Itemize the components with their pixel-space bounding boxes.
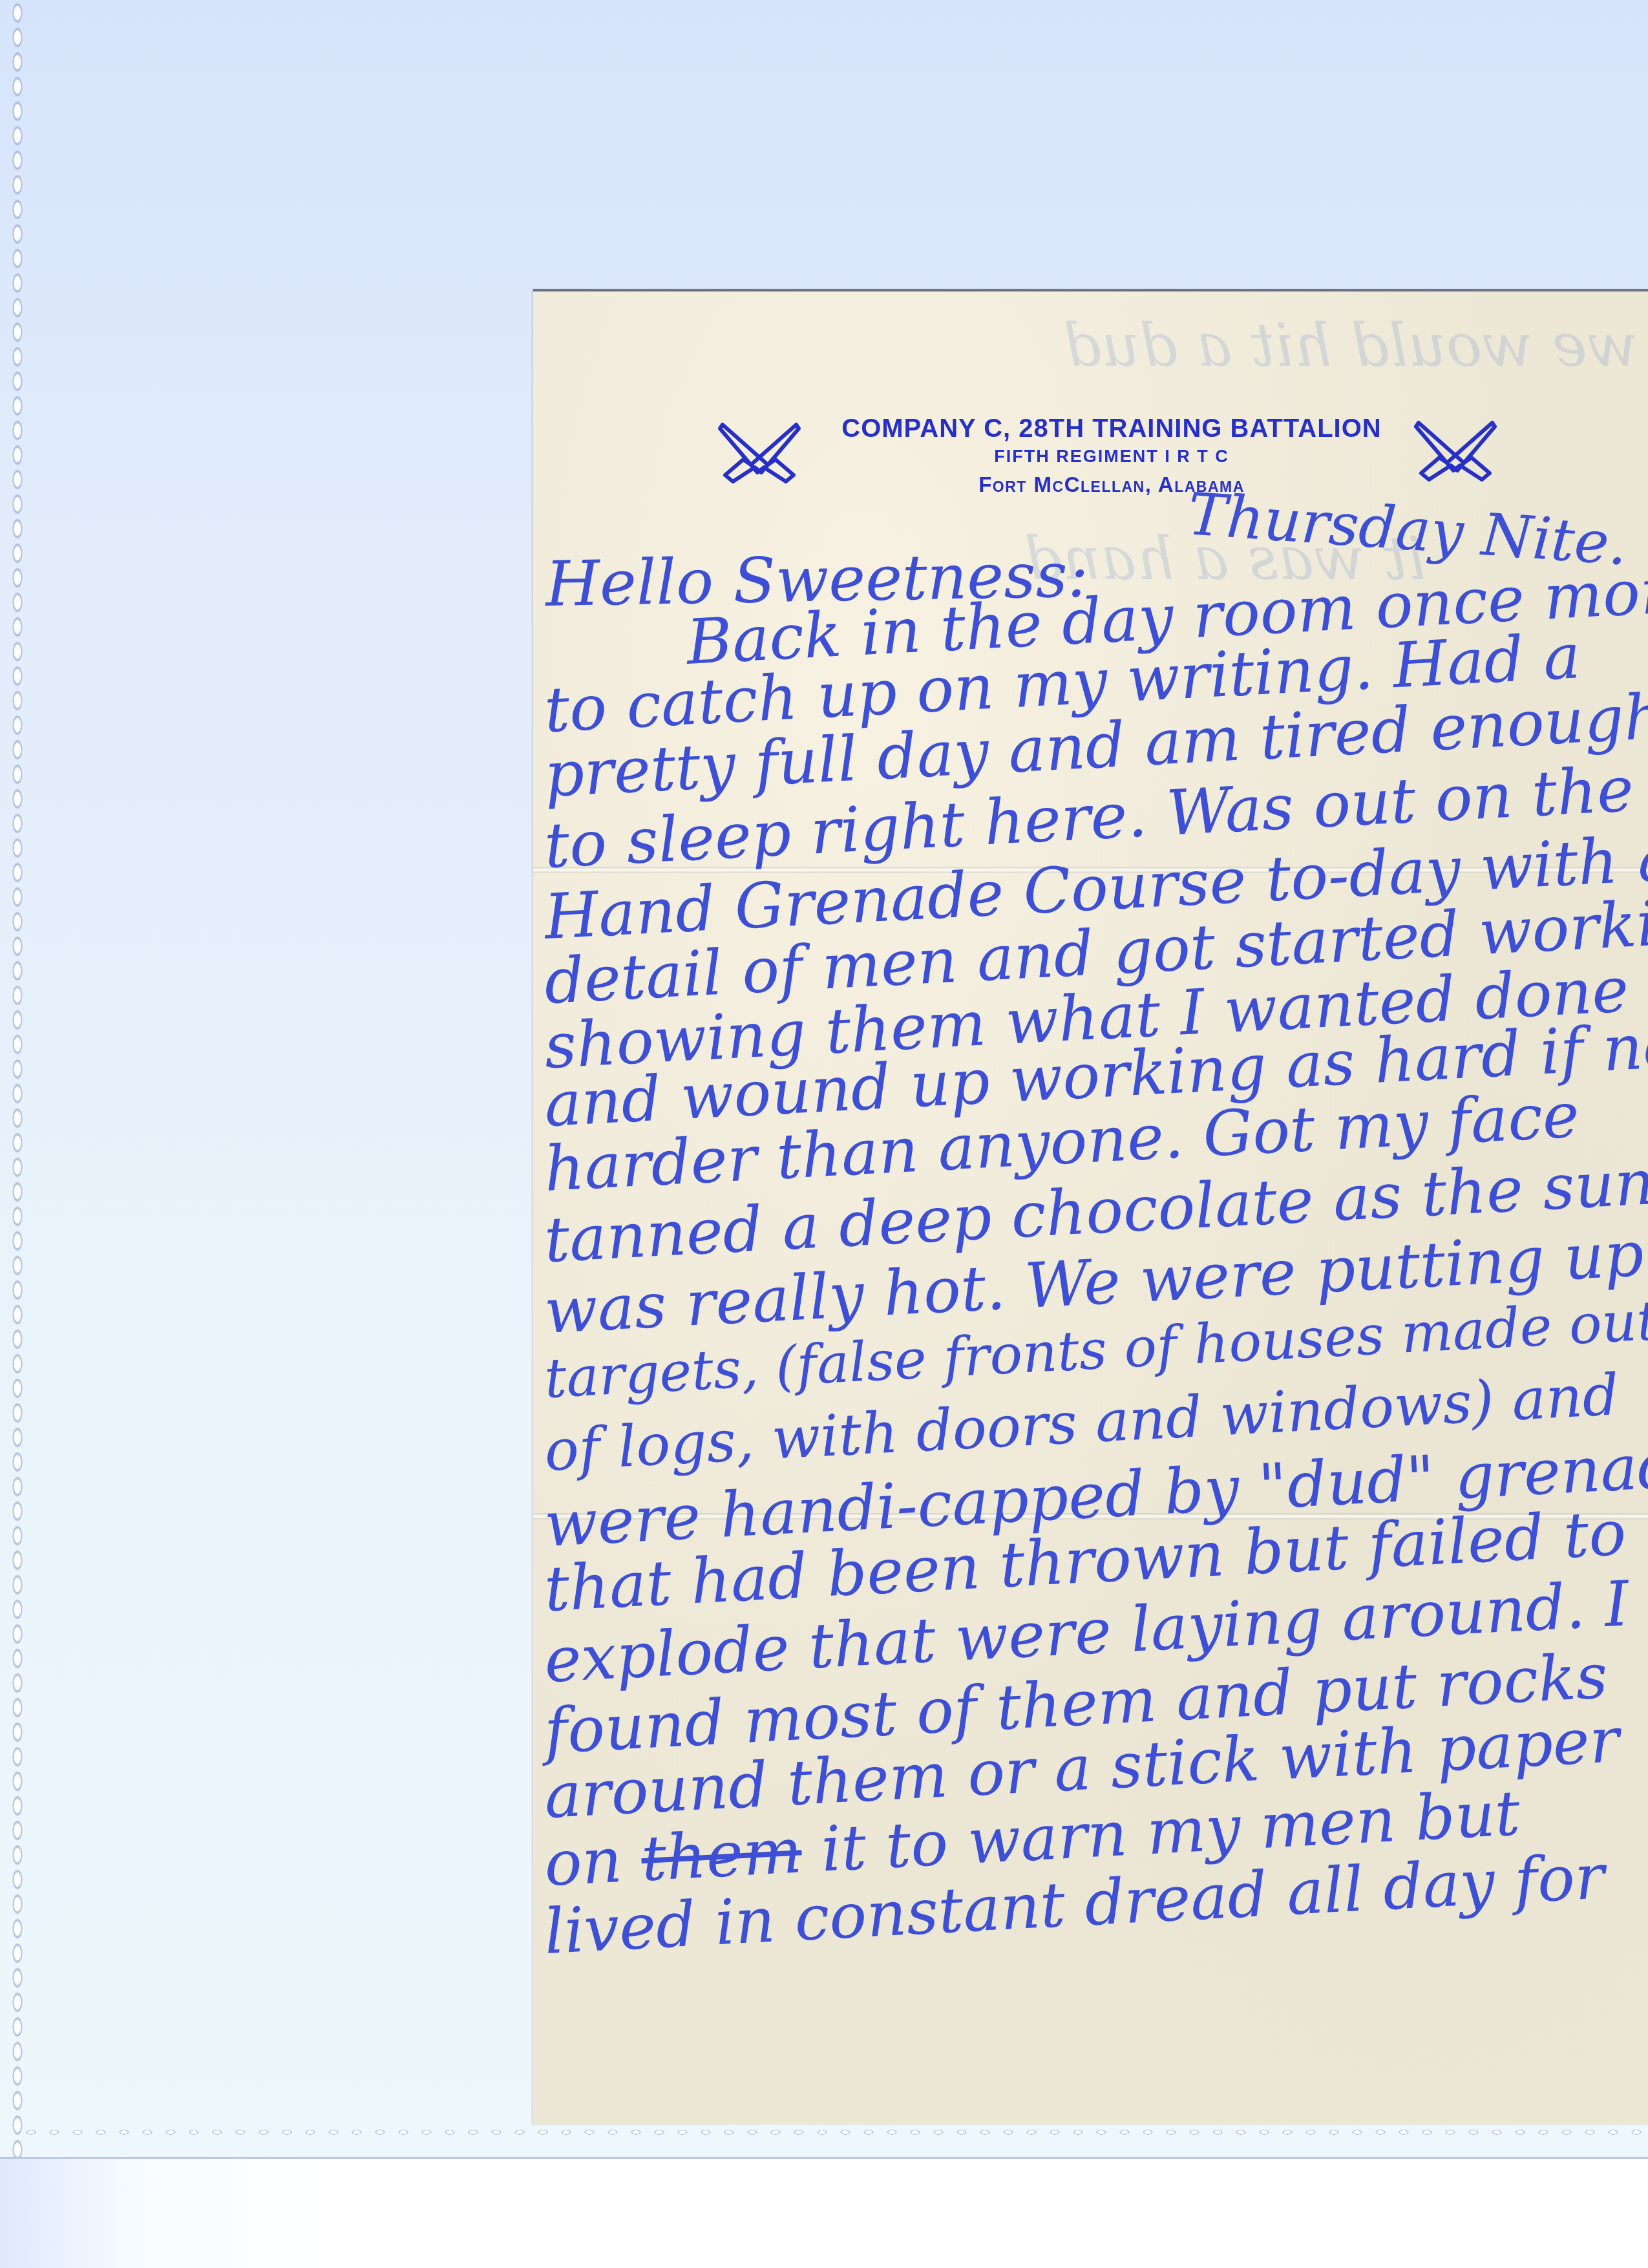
letterhead-regiment: FIFTH REGIMENT I R T C [840,447,1383,467]
reverse-bleed-through: when we would hit a dud [1063,311,1648,380]
line-prefix: on [543,1824,624,1900]
scanner-background [0,2159,1648,2268]
letter-page: when we would hit a dud it was a hand CO… [533,289,1648,2125]
left-binder-perforations [10,0,25,2157]
crossed-rifles-icon [717,419,801,484]
crossed-rifles-icon [1413,418,1497,482]
letterhead-unit: COMPANY C, 28TH TRAINING BATTALION [840,414,1383,443]
bottom-sleeve-perforations [19,2125,1648,2139]
